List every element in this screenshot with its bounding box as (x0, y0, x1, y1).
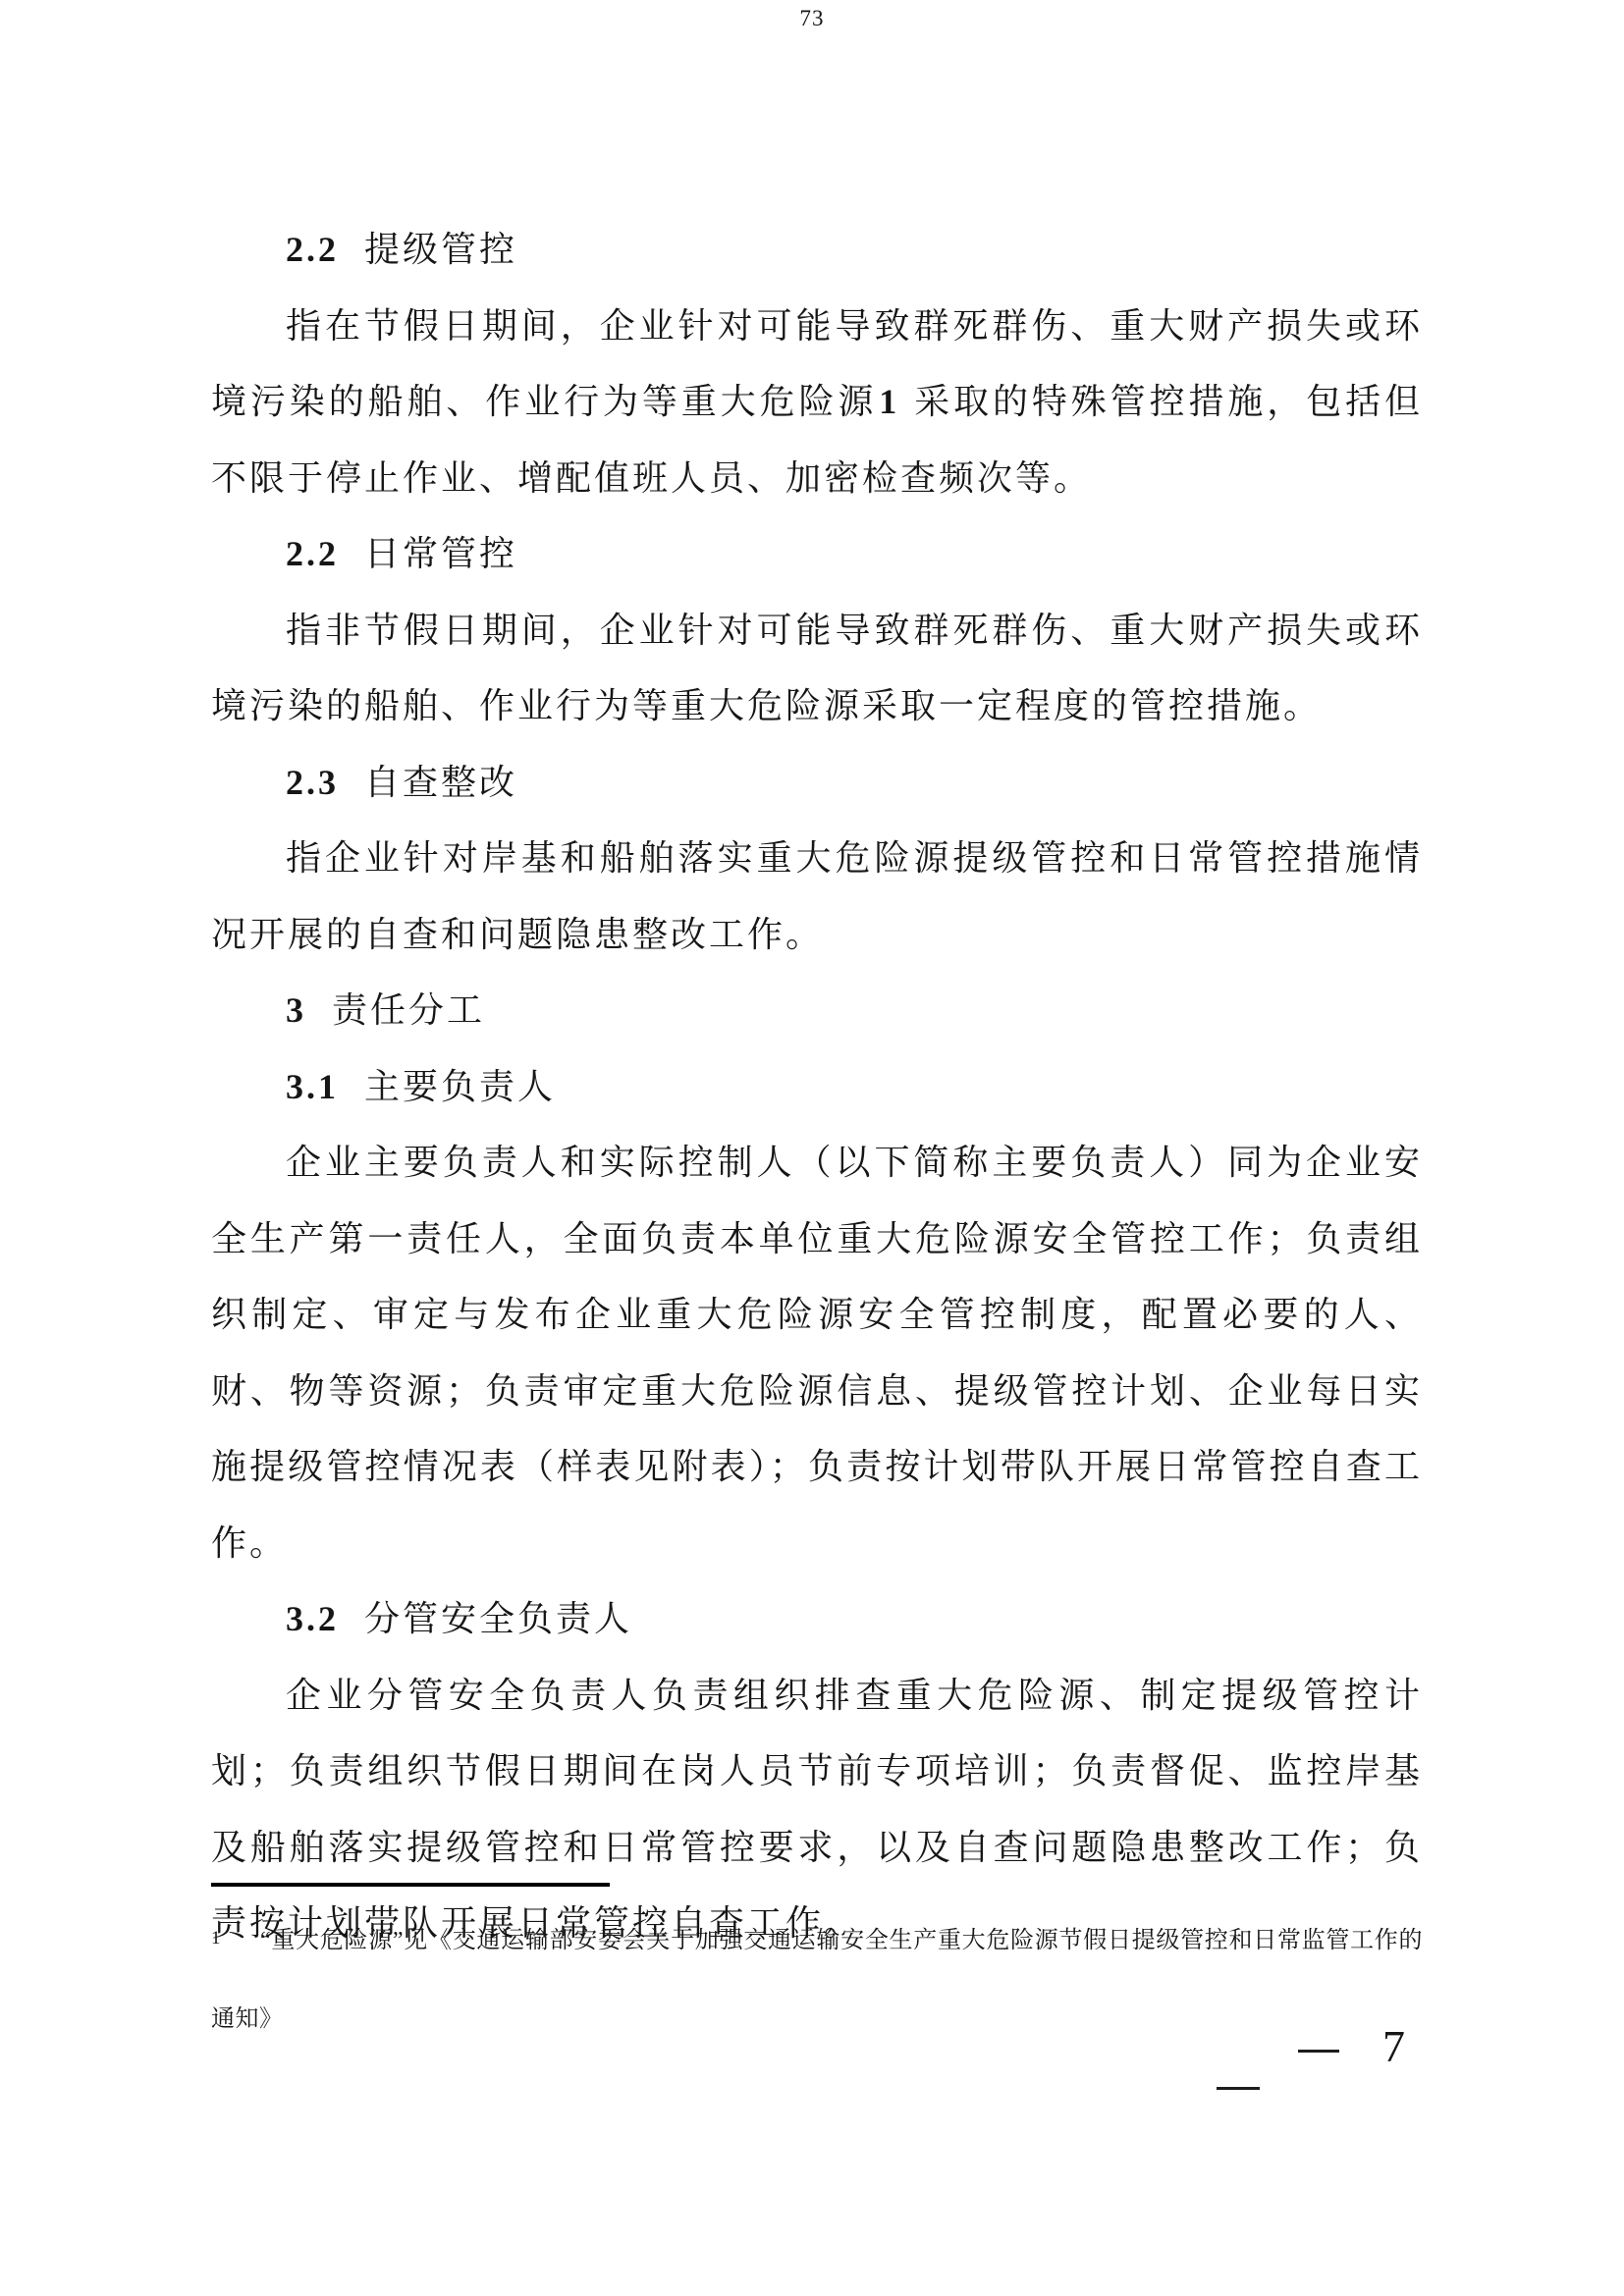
section-heading-2-2-richang: 2.2日常管控 (211, 516, 1423, 593)
body-paragraph: 企业主要负责人和实际控制人（以下简称主要负责人）同为企业安全生产第一责任人，全面… (211, 1125, 1423, 1581)
document-page: 73 2.2提级管控 指在节假日期间，企业针对可能导致群死群伤、重大财产损失或环… (0, 0, 1624, 2296)
section-heading-3-2: 3.2分管安全负责人 (211, 1581, 1423, 1658)
footnote-text: “重大危险源”见《交通运输部安委会关于加强交通运输安全生产重大危险源节假日提级管… (211, 1928, 1423, 2032)
heading-title: 提级管控 (364, 230, 517, 269)
heading-title: 自查整改 (364, 763, 517, 802)
heading-number: 2.2 (286, 534, 339, 573)
heading-title: 责任分工 (332, 990, 485, 1030)
footnote-ref: 1 (879, 382, 899, 421)
heading-number: 3.2 (286, 1599, 339, 1638)
footnote-marker: 1 (211, 1928, 221, 1949)
document-body: 2.2提级管控 指在节假日期间，企业针对可能导致群死群伤、重大财产损失或环境污染… (211, 212, 1423, 1962)
section-heading-3-1: 3.1主要负责人 (211, 1049, 1423, 1126)
heading-number: 3 (286, 990, 306, 1030)
body-paragraph: 指非节假日期间，企业针对可能导致群死群伤、重大财产损失或环境污染的船舶、作业行为… (211, 593, 1423, 745)
heading-number: 2.2 (286, 230, 339, 269)
heading-number: 3.1 (286, 1067, 339, 1106)
section-heading-3: 3责任分工 (211, 973, 1423, 1049)
footnote: 1“重大危险源”见《交通运输部安委会关于加强交通运输安全生产重大危险源节假日提级… (211, 1899, 1423, 2058)
heading-title: 日常管控 (364, 534, 517, 573)
page-number-top: 73 (0, 6, 1624, 31)
section-heading-2-3: 2.3自查整改 (211, 745, 1423, 822)
footer-dash (1217, 2087, 1260, 2090)
body-paragraph: 指企业针对岸基和船舶落实重大危险源提级管控和日常管控措施情况开展的自查和问题隐患… (211, 821, 1423, 973)
body-paragraph: 指在节假日期间，企业针对可能导致群死群伤、重大财产损失或环境污染的船舶、作业行为… (211, 289, 1423, 517)
heading-title: 主要负责人 (364, 1067, 556, 1106)
footer-dash (1298, 2050, 1339, 2053)
footnote-separator (211, 1883, 610, 1887)
heading-title: 分管安全负责人 (364, 1599, 632, 1638)
heading-number: 2.3 (286, 763, 339, 802)
section-heading-2-2-tiji: 2.2提级管控 (211, 212, 1423, 289)
page-number-bottom: 7 (1382, 2020, 1405, 2072)
